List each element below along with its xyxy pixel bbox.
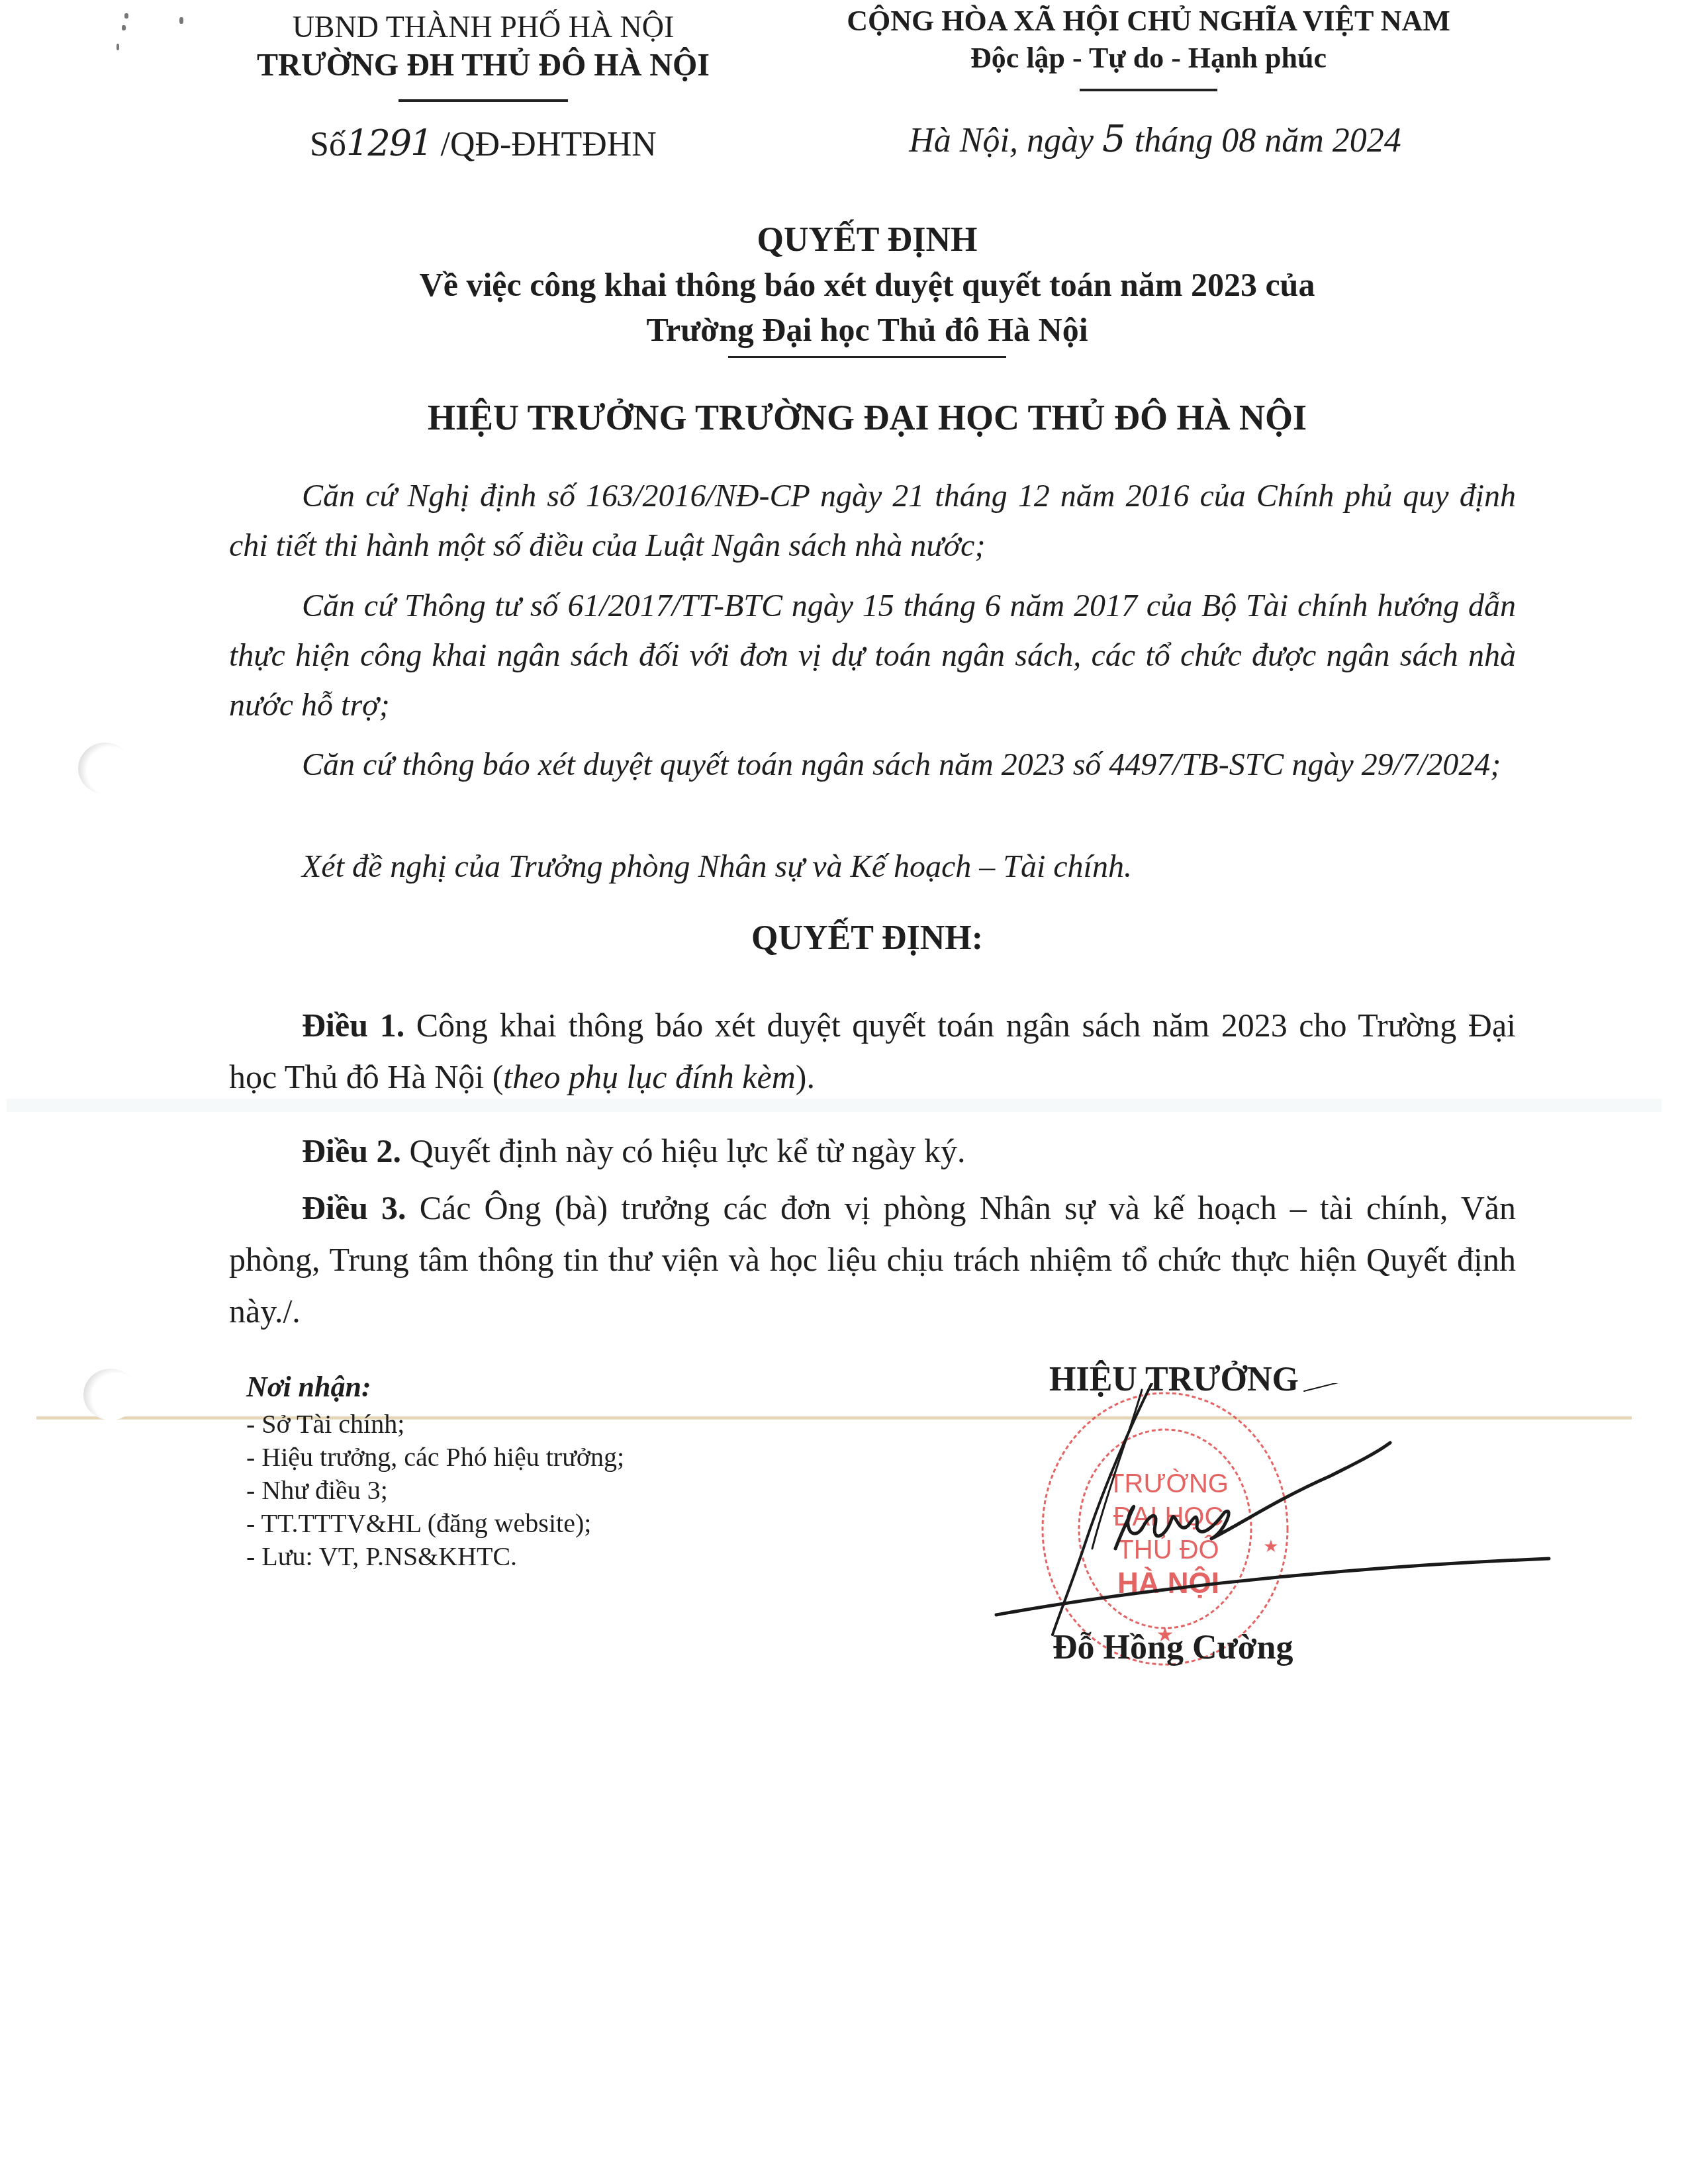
article-label: Điều 1. [302,1007,404,1044]
number-suffix: /QĐ-ĐHTĐHN [432,126,656,163]
preamble-item: Căn cứ thông báo xét duyệt quyết toán ng… [229,740,1516,790]
document-number: Số1291 /QĐ-ĐHTĐHN [218,122,748,164]
recipients-block: Nơi nhận: - Sở Tài chính; - Hiệu trưởng,… [246,1367,842,1573]
scan-speck [122,25,126,30]
country-name: CỘNG HÒA XÃ HỘI CHỦ NGHĨA VIỆT NAM [781,3,1516,40]
punch-hole [78,743,132,794]
parent-authority: UBND THÀNH PHỐ HÀ NỘI [218,8,748,46]
handwritten-day: 5 [1102,118,1126,161]
recipients-heading: Nơi nhận: [246,1367,842,1408]
subject-line-2: Trường Đại học Thủ đô Hà Nội [218,307,1516,352]
preamble-item: Xét đề nghị của Trưởng phòng Nhân sự và … [229,842,1516,891]
scan-speck [124,13,128,19]
recipient-item: - Như điều 3; [246,1474,842,1507]
article-label: Điều 3. [302,1189,406,1226]
agency-name: TRƯỜNG ĐH THỦ ĐÔ HÀ NỘI [218,46,748,85]
number-prefix: Số [310,126,346,163]
date-suffix: tháng 08 năm 2024 [1126,122,1401,159]
subject-line-1: Về việc công khai thông báo xét duyệt qu… [218,262,1516,307]
punch-hole [83,1369,138,1420]
date-prefix: Hà Nội, ngày [909,122,1102,159]
signatory-name: Đỗ Hồng Cường [1053,1628,1293,1667]
scan-speck [179,17,183,24]
preamble-item: Căn cứ Thông tư số 61/2017/TT-BTC ngày 1… [229,581,1516,730]
decision-heading: QUYẾT ĐỊNH: [218,919,1516,958]
article-1: Điều 1. Công khai thông báo xét duyệt qu… [229,999,1516,1103]
issuing-authority: HIỆU TRƯỞNG TRƯỜNG ĐẠI HỌC THỦ ĐÔ HÀ NỘI [218,397,1516,438]
article-text: Quyết định này có hiệu lực kể từ ngày ký… [401,1132,966,1169]
issuing-agency-block: UBND THÀNH PHỐ HÀ NỘI TRƯỜNG ĐH THỦ ĐÔ H… [218,8,748,102]
national-motto-block: CỘNG HÒA XÃ HỘI CHỦ NGHĨA VIỆT NAM Độc l… [781,3,1516,91]
article-note: theo phụ lục đính kèm [503,1058,796,1095]
divider [728,356,1006,358]
document-type: QUYẾT ĐỊNH [218,218,1516,262]
article-2: Điều 2. Quyết định này có hiệu lực kể từ… [229,1125,1516,1177]
recipient-item: - Lưu: VT, P.NS&KHTC. [246,1540,842,1573]
preamble-item: Căn cứ Nghị định số 163/2016/NĐ-CP ngày … [229,471,1516,570]
article-text: Các Ông (bà) trưởng các đơn vị phòng Nhâ… [229,1189,1516,1330]
divider [1080,89,1217,91]
article-tail: ). [796,1058,815,1095]
scan-speck [117,44,119,50]
recipient-item: - Sở Tài chính; [246,1408,842,1441]
title-block: QUYẾT ĐỊNH Về việc công khai thông báo x… [218,218,1516,358]
divider [399,99,568,102]
article-3: Điều 3. Các Ông (bà) trưởng các đơn vị p… [229,1182,1516,1337]
recipient-item: - TT.TTTV&HL (đăng website); [246,1507,842,1540]
motto: Độc lập - Tự do - Hạnh phúc [781,40,1516,77]
handwritten-signature [973,1383,1569,1648]
place-date: Hà Nội, ngày 5 tháng 08 năm 2024 [788,118,1523,161]
handwritten-number: 1291 [346,122,432,164]
article-text: Công khai thông báo xét duyệt quyết toán… [229,1007,1516,1095]
recipient-item: - Hiệu trưởng, các Phó hiệu trưởng; [246,1441,842,1474]
article-label: Điều 2. [302,1132,401,1169]
